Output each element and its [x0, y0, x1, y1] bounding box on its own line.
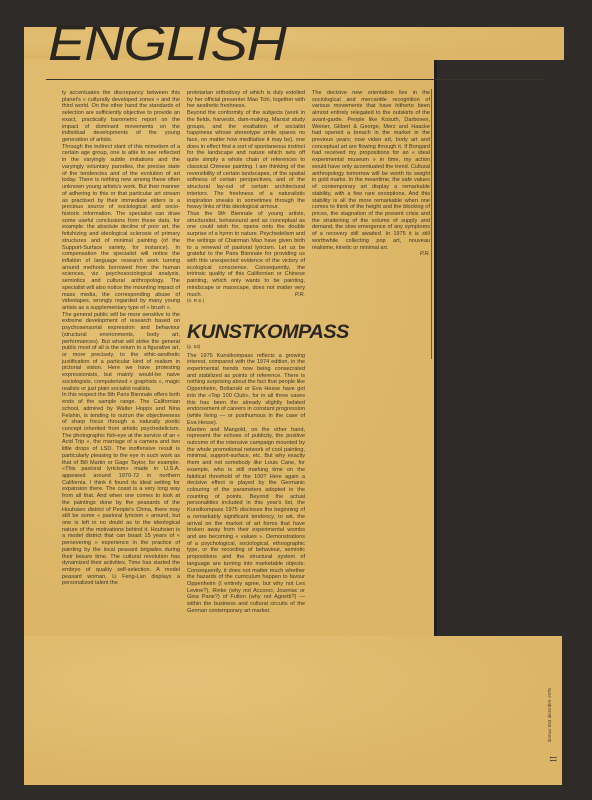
paragraph: In this respect the 9th Paris Biennale o… — [62, 392, 180, 587]
paper-edge-shadow — [434, 60, 437, 636]
paragraph: proletarian orthodoxy of which is duly e… — [187, 90, 305, 110]
paragraph: ly accentuates the discrepancy between t… — [62, 90, 180, 144]
paragraph: The general public will be more sensitiv… — [62, 312, 180, 393]
paragraph: Thus the 9th Biennale of young artists, … — [187, 211, 305, 298]
section-title-kunstkompass: KUNSTKOMPASS — [187, 323, 311, 344]
page-title: ENGLISH — [48, 18, 286, 68]
title-rule — [46, 79, 542, 80]
paragraph: The 1975 Kunstkompass reflects a growing… — [187, 353, 305, 427]
column-rule — [431, 89, 432, 359]
paragraph: The decisive new orientation lies in the… — [312, 90, 430, 251]
page-number: II — [548, 756, 558, 762]
paper-clipping-bottom — [24, 636, 562, 785]
paragraph: Through the indirect slant of this mimet… — [62, 144, 180, 312]
author-signature: P.R. — [295, 292, 305, 299]
paragraph: Beyond the conformity of the subjects (w… — [187, 110, 305, 211]
article-column-3: The decisive new orientation lies in the… — [312, 90, 430, 258]
author-signature: P.R. — [312, 251, 430, 258]
paragraph-text: Thus the 9th Biennale of young artists, … — [187, 211, 305, 298]
publication-credit: domus 553 dicembre 1975 — [547, 688, 552, 742]
page-reference: (p. 53) — [187, 344, 305, 351]
translator-credit: (tr. R.S.) — [187, 298, 305, 305]
article-column-2: proletarian orthodoxy of which is duly e… — [187, 90, 305, 615]
article-column-1: ly accentuates the discrepancy between t… — [62, 90, 180, 587]
paragraph: Marden and Mangold, on the other hand, r… — [187, 427, 305, 615]
